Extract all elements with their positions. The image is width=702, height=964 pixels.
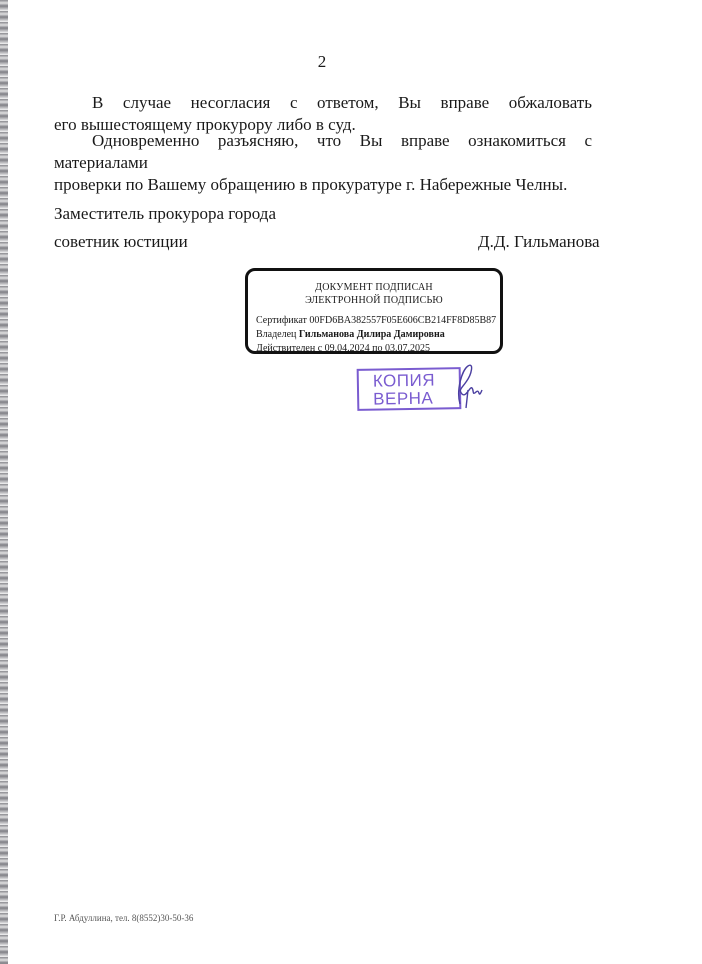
signatory-rank: советник юстиции (54, 232, 188, 252)
valid-label: Действителен с (256, 343, 322, 354)
paragraph-materials: Одновременно разъясняю, что Вы вправе оз… (54, 130, 592, 196)
paragraph-line: проверки по Вашему обращению в прокурату… (54, 175, 567, 194)
owner-value: Гильманова Дилира Дамировна (299, 329, 445, 340)
esign-header: ДОКУМЕНТ ПОДПИСАН ЭЛЕКТРОННОЙ ПОДПИСЬЮ (248, 281, 500, 307)
esign-validity: Действителен с 09.04.2024 по 03.07.2025 (256, 342, 500, 356)
page-number: 2 (0, 52, 644, 72)
esign-header-line: ЭЛЕКТРОННОЙ ПОДПИСЬЮ (248, 294, 500, 307)
paragraph-line: Одновременно разъясняю, что Вы вправе оз… (54, 130, 592, 174)
valid-from: 09.04.2024 (325, 343, 370, 354)
valid-to: 03.07.2025 (385, 343, 430, 354)
paragraph-line: В случае несогласия с ответом, Вы вправе… (54, 92, 592, 114)
owner-label: Владелец (256, 329, 296, 340)
esign-owner: Владелец Гильманова Дилира Дамировна (256, 328, 500, 342)
electronic-signature-box: ДОКУМЕНТ ПОДПИСАН ЭЛЕКТРОННОЙ ПОДПИСЬЮ С… (245, 268, 503, 354)
signatory-name: Д.Д. Гильманова (478, 232, 600, 252)
valid-to-label: по (372, 343, 382, 354)
certificate-label: Сертификат (256, 315, 307, 326)
handwritten-signature-icon (446, 360, 486, 410)
scan-edge-artifact (0, 0, 8, 964)
certificate-value: 00FD6BA382557F05E606CB214FF8D85B87 (309, 315, 496, 326)
esign-header-line: ДОКУМЕНТ ПОДПИСАН (248, 281, 500, 294)
signatory-position: Заместитель прокурора города (54, 204, 276, 224)
esign-certificate: Сертификат 00FD6BA382557F05E606CB214FF8D… (256, 314, 500, 328)
executor-footer: Г.Р. Абдуллина, тел. 8(8552)30-50-36 (54, 913, 193, 923)
